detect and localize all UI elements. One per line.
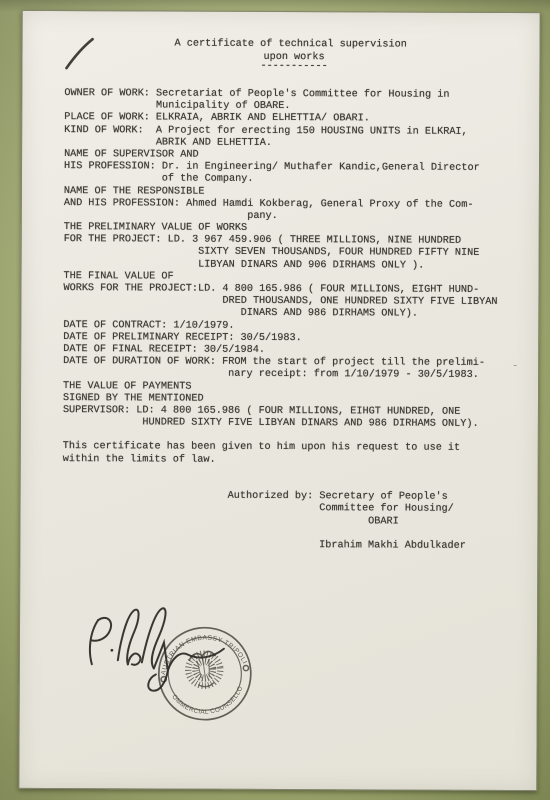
doc-line: within the limits of law. [63, 454, 497, 468]
doc-title: A certificate of technical supervision [175, 39, 407, 52]
signature-handwriting [76, 598, 247, 717]
pen-slash-mark [62, 37, 98, 73]
doc-line: Ibrahim Makhi Abdulkader [62, 539, 496, 553]
certificate-paper: A certificate of technical supervision u… [18, 10, 540, 791]
document-body: OWNER OF WORK: Secretariat of People's C… [62, 88, 498, 553]
doc-line: OBARI [62, 515, 496, 529]
doc-subtitle-underline: ----------- [260, 61, 327, 73]
doc-line: HUNDRED SIXTY FIVE LIBYAN DINARS AND 986… [63, 417, 497, 431]
stray-pen-dash: - [512, 361, 518, 372]
